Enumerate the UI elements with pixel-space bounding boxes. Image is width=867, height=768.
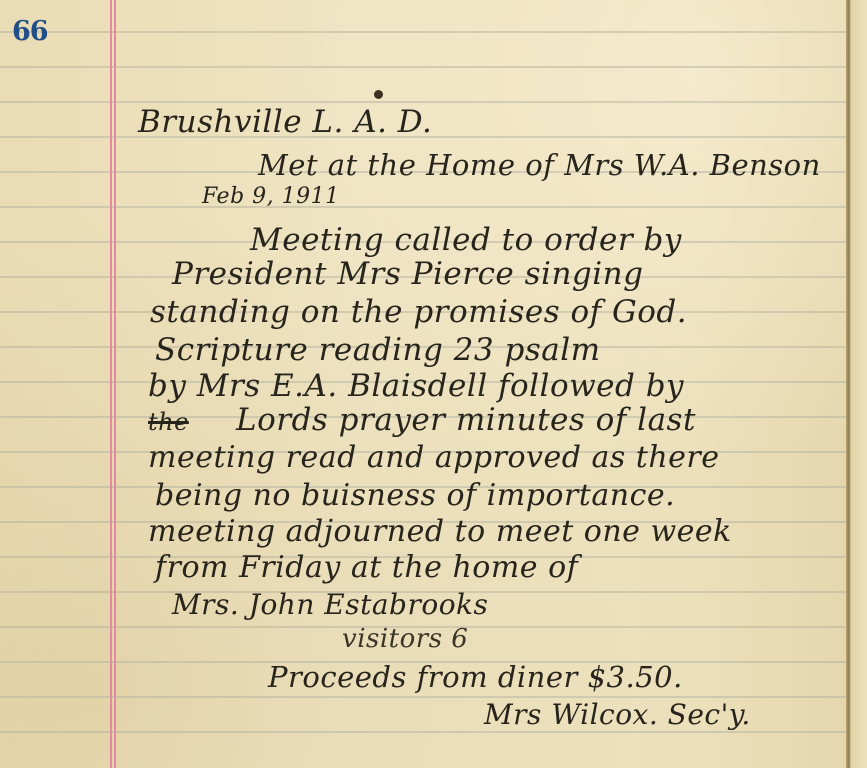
page-number: 66	[12, 16, 48, 47]
minutes-line-7: meeting read and approved as there	[148, 440, 720, 475]
minutes-line-3: standing on the promises of God.	[150, 294, 687, 330]
ink-blot	[374, 90, 383, 99]
minutes-line-10: from Friday at the home of	[155, 550, 578, 585]
minutes-line-4: Scripture reading 23 psalm	[155, 332, 601, 368]
ledger-page: 66 Brushville L. A. D. Met at the Home o…	[0, 0, 867, 768]
struck-word: the	[148, 408, 189, 436]
minutes-line-1: Meeting called to order by	[250, 222, 682, 258]
minutes-line-6: Lords prayer minutes of last	[236, 402, 696, 438]
minutes-line-5: by Mrs E.A. Blaisdell followed by	[148, 368, 684, 404]
minutes-line-11: Mrs. John Estabrooks	[172, 588, 488, 621]
secretary-signature: Mrs Wilcox. Sec'y.	[484, 698, 751, 731]
margin-rule-left	[110, 0, 112, 768]
meeting-location: Met at the Home of Mrs W.A. Benson	[258, 148, 821, 182]
meeting-date: Feb 9, 1911	[202, 184, 340, 209]
margin-rule-right	[114, 0, 116, 768]
minutes-heading: Brushville L. A. D.	[138, 104, 432, 140]
minutes-line-9: meeting adjourned to meet one week	[148, 514, 732, 549]
visitors-count: visitors 6	[342, 624, 468, 654]
proceeds-line: Proceeds from diner $3.50.	[268, 660, 683, 694]
minutes-line-2: President Mrs Pierce singing	[172, 256, 644, 292]
minutes-line-8: being no buisness of importance.	[155, 478, 675, 513]
page-gutter	[846, 0, 867, 768]
